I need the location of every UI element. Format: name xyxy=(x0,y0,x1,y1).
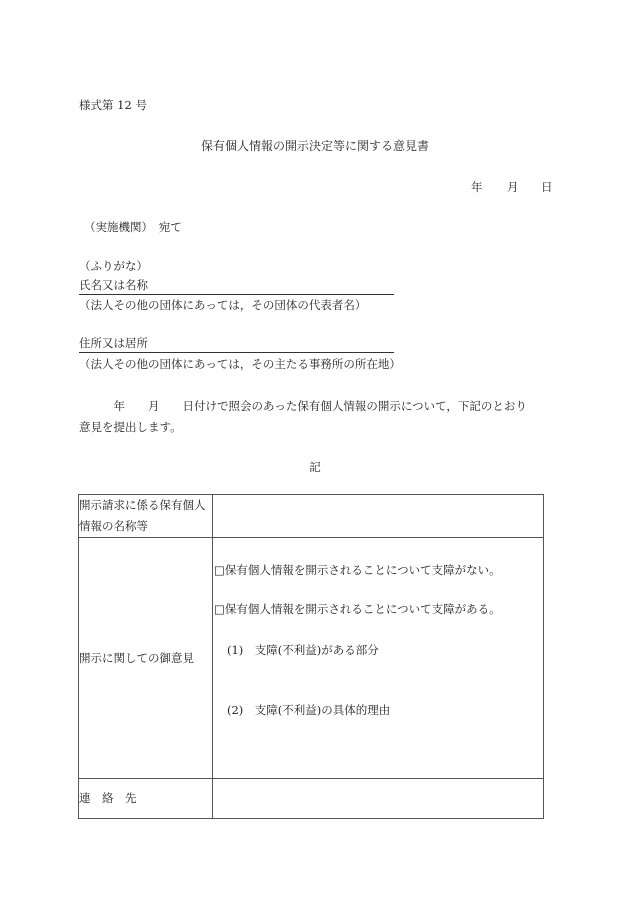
name-label: 氏名又は名称 xyxy=(79,278,148,292)
document-title: 保有個人情報の開示決定等に関する意見書 xyxy=(0,137,630,154)
ki-heading: 記 xyxy=(0,459,630,475)
addressee: （実施機関） 宛て xyxy=(84,219,182,235)
sub-item-hindrance-reason: (2) 支障(不利益)の具体的理由 xyxy=(227,702,390,718)
date-day-label: 日 xyxy=(541,179,553,195)
table-row: 開示に関しての御意見 □保有個人情報を開示されることについて支障がない。 □保有… xyxy=(79,538,544,779)
body-text-line-1: 年 月 日付けで照会のあった保有個人情報の開示について，下記のとおり xyxy=(79,398,527,414)
name-field[interactable]: 氏名又は名称 xyxy=(79,277,394,295)
date-month-label: 月 xyxy=(507,179,519,195)
body-text-line-2: 意見を提出します。 xyxy=(79,419,182,435)
info-name-label: 開示請求に係る保有個人情報の名称等 xyxy=(79,495,213,538)
option-no-hindrance[interactable]: □保有個人情報を開示されることについて支障がない。 xyxy=(214,562,501,578)
name-note: （法人その他の団体にあっては，その団体の代表者名） xyxy=(79,297,366,313)
info-name-field[interactable] xyxy=(213,495,544,538)
opinion-label: 開示に関しての御意見 xyxy=(79,538,213,779)
address-field[interactable]: 住所又は居所 xyxy=(79,335,394,353)
contact-field[interactable] xyxy=(213,779,544,819)
furigana-label: （ふりがな） xyxy=(79,258,148,274)
form-number: 様式第 12 号 xyxy=(79,97,147,113)
opinion-form-table: 開示請求に係る保有個人情報の名称等 開示に関しての御意見 □保有個人情報を開示さ… xyxy=(78,494,544,819)
address-note: （法人その他の団体にあっては，その主たる事務所の所在地） xyxy=(79,356,401,372)
date-year-label: 年 xyxy=(471,179,483,195)
address-label: 住所又は居所 xyxy=(79,336,148,350)
sub-item-hindrance-part: (1) 支障(不利益)がある部分 xyxy=(227,642,379,658)
table-row: 開示請求に係る保有個人情報の名称等 xyxy=(79,495,544,538)
table-row: 連 絡 先 xyxy=(79,779,544,819)
contact-label: 連 絡 先 xyxy=(79,779,213,819)
option-hindrance[interactable]: □保有個人情報を開示されることについて支障がある。 xyxy=(214,601,501,617)
opinion-field[interactable]: □保有個人情報を開示されることについて支障がない。 □保有個人情報を開示されるこ… xyxy=(213,538,544,779)
